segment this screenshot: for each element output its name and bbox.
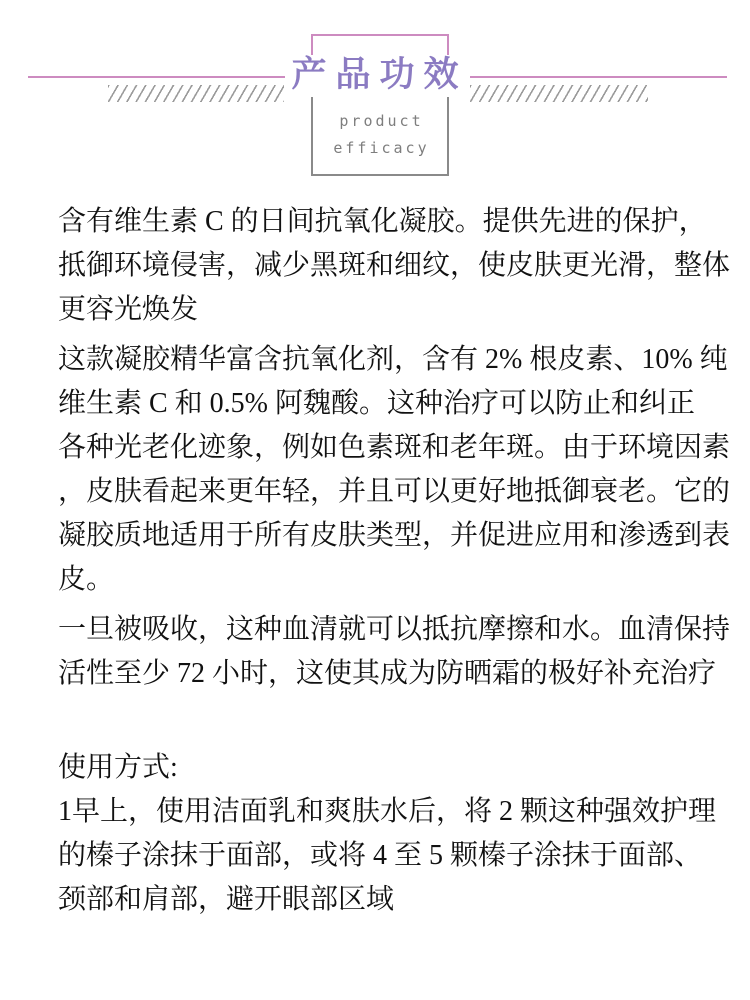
blank-line (58, 702, 694, 746)
subtitle-line-1: product (311, 108, 449, 135)
text-line: 抵御环境侵害，减少黑斑和细纹，使皮肤更光滑，整体 (58, 244, 694, 288)
text-line: 更容光焕发 (58, 288, 694, 332)
section-header: 产品功效 product efficacy (0, 0, 750, 200)
text-line: 皮。 (58, 558, 694, 602)
paragraph-overview: 含有维生素 C 的日间抗氧化凝胶。提供先进的保护， 抵御环境侵害，减少黑斑和细纹… (58, 200, 694, 332)
text-line: 各种光老化迹象，例如色素斑和老年斑。由于环境因素 (58, 426, 694, 470)
text-line: 一旦被吸收，这种血清就可以抵抗摩擦和水。血清保持 (58, 608, 694, 652)
text-line: 维生素 C 和 0.5% 阿魏酸。这种治疗可以防止和纠正 (58, 382, 694, 426)
paragraph-absorption: 一旦被吸收，这种血清就可以抵抗摩擦和水。血清保持 活性至少 72 小时，这使其成… (58, 608, 694, 696)
usage-heading: 使用方式: (58, 746, 694, 790)
top-bracket (311, 34, 449, 55)
usage-section: 使用方式: 1早上，使用洁面乳和爽肤水后，将 2 颗这种强效护理 的榛子涂抹于面… (58, 702, 694, 922)
text-line: 这款凝胶精华富含抗氧化剂，含有 2% 根皮素、10% 纯 (58, 338, 694, 382)
section-subtitle-en: product efficacy (311, 108, 449, 162)
description-body: 含有维生素 C 的日间抗氧化凝胶。提供先进的保护， 抵御环境侵害，减少黑斑和细纹… (0, 200, 750, 922)
section-title: 产品功效 (0, 56, 750, 94)
text-line: 的榛子涂抹于面部，或将 4 至 5 颗榛子涂抹于面部、 (58, 834, 694, 878)
text-line: 颈部和肩部，避开眼部区域 (58, 878, 694, 922)
text-line: 活性至少 72 小时，这使其成为防晒霜的极好补充治疗 (58, 652, 694, 696)
text-line: 含有维生素 C 的日间抗氧化凝胶。提供先进的保护， (58, 200, 694, 244)
text-line: ，皮肤看起来更年轻，并且可以更好地抵御衰老。它的 (58, 470, 694, 514)
paragraph-ingredients: 这款凝胶精华富含抗氧化剂，含有 2% 根皮素、10% 纯 维生素 C 和 0.5… (58, 338, 694, 602)
subtitle-line-2: efficacy (311, 135, 449, 162)
product-efficacy-page: 产品功效 product efficacy 含有维生素 C 的日间抗氧化凝胶。提… (0, 0, 750, 1000)
text-line: 凝胶质地适用于所有皮肤类型，并促进应用和渗透到表 (58, 514, 694, 558)
text-line: 1早上，使用洁面乳和爽肤水后，将 2 颗这种强效护理 (58, 790, 694, 834)
